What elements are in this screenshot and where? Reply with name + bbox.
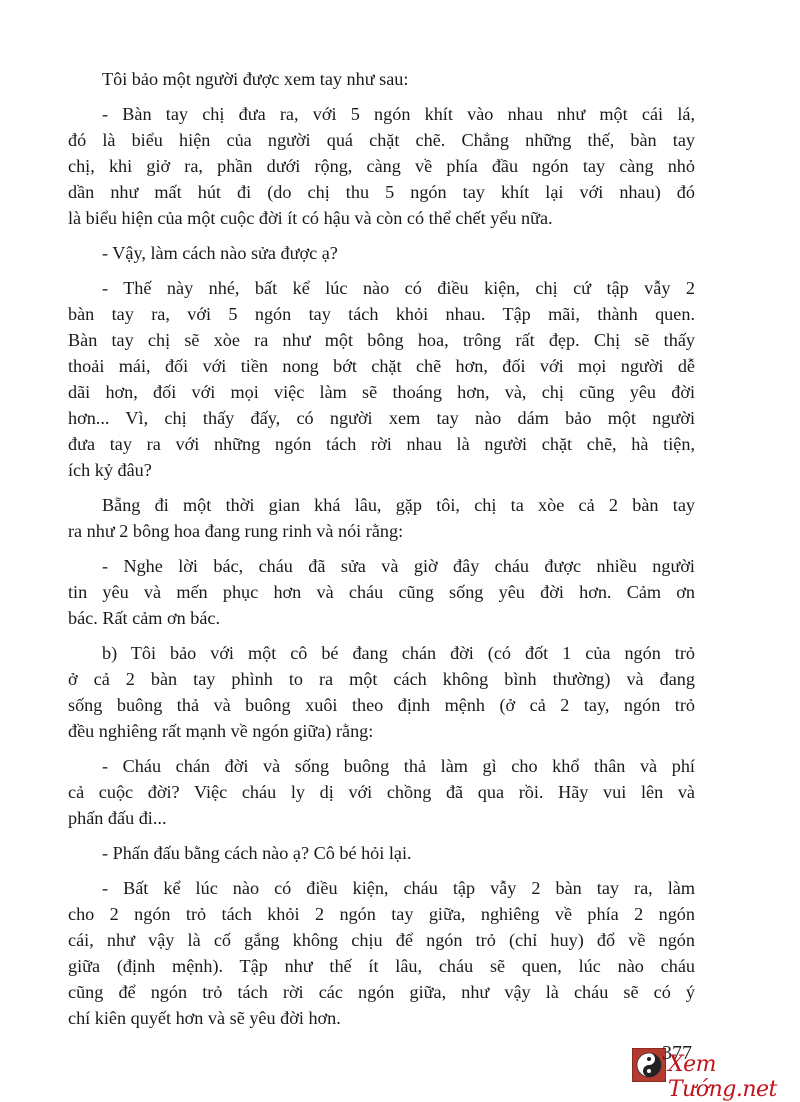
text-line: sống buông thả và buông xuôi theo định m… xyxy=(68,692,695,718)
text-line: đó là biểu hiện của người quá chặt chẽ. … xyxy=(68,127,695,153)
text-line: bác. Rất cảm ơn bác. xyxy=(68,605,695,631)
text-line: dần như mất hút đi (do chị thu 5 ngón ta… xyxy=(68,179,695,205)
paragraph: - Phấn đấu bằng cách nào ạ? Cô bé hỏi lạ… xyxy=(68,840,695,866)
text-line: - Bàn tay chị đưa ra, với 5 ngón khít và… xyxy=(68,101,695,127)
text-line: ở cả 2 bàn tay phình to ra một cách khôn… xyxy=(68,666,695,692)
text-line: cũng để ngón trỏ tách rời các ngón giữa,… xyxy=(68,979,695,1005)
watermark-brand: Xem Tướng.net xyxy=(668,1052,800,1102)
text-line: ra như 2 bông hoa đang rung rinh và nói … xyxy=(68,518,695,544)
paragraph: - Cháu chán đời và sống buông thả làm gì… xyxy=(68,753,695,831)
paragraph: Tôi bảo một người được xem tay như sau: xyxy=(68,66,695,92)
text-line: tin yêu và mến phục hơn và cháu cũng sốn… xyxy=(68,579,695,605)
text-line: - Phấn đấu bằng cách nào ạ? Cô bé hỏi lạ… xyxy=(68,840,695,866)
text-line: - Vậy, làm cách nào sửa được ạ? xyxy=(68,240,695,266)
paragraph: b) Tôi bảo với một cô bé đang chán đời (… xyxy=(68,640,695,744)
paragraph: - Thế này nhé, bất kể lúc nào có điều ki… xyxy=(68,275,695,483)
text-line: - Thế này nhé, bất kể lúc nào có điều ki… xyxy=(68,275,695,301)
text-line: Bàn tay chị sẽ xòe ra như một bông hoa, … xyxy=(68,327,695,353)
text-line: ích kỷ đâu? xyxy=(68,457,695,483)
text-line: cả cuộc đời? Việc cháu ly dị với chồng đ… xyxy=(68,779,695,805)
text-line: phấn đấu đi... xyxy=(68,805,695,831)
text-line: b) Tôi bảo với một cô bé đang chán đời (… xyxy=(68,640,695,666)
text-line: chí kiên quyết hơn và sẽ yêu đời hơn. xyxy=(68,1005,695,1031)
text-line: cái, như vậy là cố gắng không chịu để ng… xyxy=(68,927,695,953)
page-footer: 377 Xem Tướng.net xyxy=(632,1048,800,1088)
text-line: giữa (định mệnh). Tập như thế ít lâu, ch… xyxy=(68,953,695,979)
text-line: dãi hơn, đối với mọi việc làm sẽ thoáng … xyxy=(68,379,695,405)
text-line: - Bất kể lúc nào có điều kiện, cháu tập … xyxy=(68,875,695,901)
paragraph: - Bất kể lúc nào có điều kiện, cháu tập … xyxy=(68,875,695,1031)
text-line: đều nghiêng rất mạnh về ngón giữa) rằng: xyxy=(68,718,695,744)
text-line: Tôi bảo một người được xem tay như sau: xyxy=(68,66,695,92)
paragraph: - Vậy, làm cách nào sửa được ạ? xyxy=(68,240,695,266)
text-line: - Nghe lời bác, cháu đã sửa và giờ đây c… xyxy=(68,553,695,579)
text-line: đưa tay ra với những ngón tách rời nhau … xyxy=(68,431,695,457)
document-page: Tôi bảo một người được xem tay như sau:-… xyxy=(68,66,695,1040)
text-line: hơn... Vì, chị thấy đấy, có người xem ta… xyxy=(68,405,695,431)
paragraph: - Bàn tay chị đưa ra, với 5 ngón khít và… xyxy=(68,101,695,231)
yin-yang-icon xyxy=(632,1048,666,1082)
text-line: - Cháu chán đời và sống buông thả làm gì… xyxy=(68,753,695,779)
text-line: thoải mái, đối với tiền nong bớt chặt ch… xyxy=(68,353,695,379)
text-line: là biểu hiện của một cuộc đời ít có hậu … xyxy=(68,205,695,231)
paragraph: Bẵng đi một thời gian khá lâu, gặp tôi, … xyxy=(68,492,695,544)
paragraph: - Nghe lời bác, cháu đã sửa và giờ đây c… xyxy=(68,553,695,631)
text-line: bàn tay ra, với 5 ngón tay tách khỏi nha… xyxy=(68,301,695,327)
text-line: chị, khi giở ra, phần dưới rộng, càng về… xyxy=(68,153,695,179)
text-line: cho 2 ngón trỏ tách khỏi 2 ngón tay giữa… xyxy=(68,901,695,927)
text-line: Bẵng đi một thời gian khá lâu, gặp tôi, … xyxy=(68,492,695,518)
